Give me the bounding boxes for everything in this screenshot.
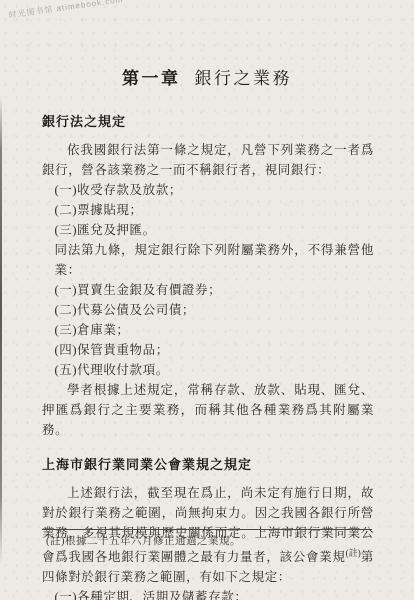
chapter-title: 第一章銀行之業務 <box>0 64 414 89</box>
page-content: 銀行法之規定 依我國銀行法第一條之規定，凡營下列業務之一者爲銀行，營各該業務之一… <box>42 112 374 600</box>
section-heading-shanghai-guild: 上海市銀行業同業公會業規之規定 <box>42 455 374 475</box>
list-guild-business-scope: (一)各種定期、活期及儲蓄存款； <box>42 587 374 600</box>
list-item: (二)票據貼現； <box>42 200 374 220</box>
watermark: 时光图书馆 atimebook.com <box>8 0 124 21</box>
list-item: (三)倉庫業； <box>42 320 374 340</box>
list-item: (四)保管貴重物品； <box>42 340 374 360</box>
list-item: (二)代募公債及公司債； <box>42 300 374 320</box>
chapter-number: 第一章 <box>122 69 181 88</box>
chapter-name: 銀行之業務 <box>195 69 293 88</box>
list-item: (一)各種定期、活期及儲蓄存款； <box>42 587 374 600</box>
footnote-separator-rule <box>42 529 372 530</box>
section-heading-banking-law: 銀行法之規定 <box>42 112 374 132</box>
scan-edge-artifact <box>0 95 2 565</box>
intro-text-before-note: 上述銀行法，截至現在爲止，尚未定有施行日期，故對於銀行業務之範圍，尚無拘束力。因… <box>42 486 374 564</box>
footnote-marker-inline: (註) <box>346 548 361 558</box>
footnote-text: (註)根據二十五年六月修正通過之業規。 <box>46 534 376 549</box>
list-item: (三)匯兌及押匯。 <box>42 220 374 240</box>
scanned-book-page: 时光图书馆 atimebook.com 第一章銀行之業務 銀行法之規定 依我國銀… <box>0 0 414 600</box>
list-ancillary-businesses: (一)買賣生金銀及有價證券； (二)代募公債及公司債； (三)倉庫業； (四)保… <box>42 280 374 380</box>
list-item: (五)代理收付款項。 <box>42 360 374 380</box>
list-item: (一)收受存款及放款； <box>42 180 374 200</box>
paragraph-scholars-summary: 學者根據上述規定，常稱存款、放款、貼現、匯兌、押匯爲銀行之主要業務，而稱其他各種… <box>42 380 374 440</box>
list-item: (一)買賣生金銀及有價證券； <box>42 280 374 300</box>
list-bank-defining-businesses: (一)收受存款及放款； (二)票據貼現； (三)匯兌及押匯。 <box>42 180 374 240</box>
paragraph-article-nine-intro: 同法第九條，規定銀行除下列附屬業務外，不得兼營他業： <box>42 240 374 280</box>
paragraph-banking-law-intro: 依我國銀行法第一條之規定，凡營下列業務之一者爲銀行，營各該業務之一而不稱銀行者，… <box>42 140 374 180</box>
